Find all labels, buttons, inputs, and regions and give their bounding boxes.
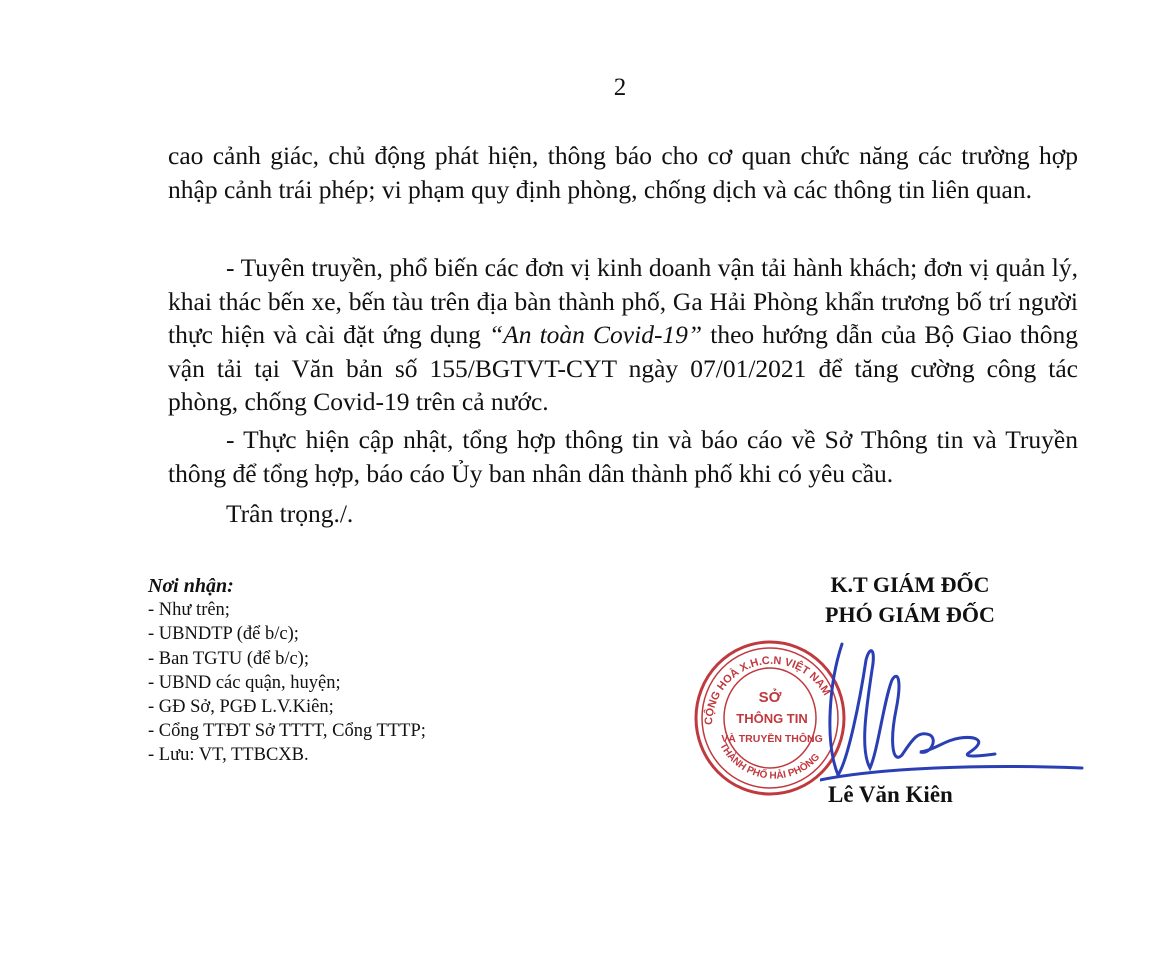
signatory-title: K.T GIÁM ĐỐC PHÓ GIÁM ĐỐC	[780, 570, 1040, 630]
signatory-line2: PHÓ GIÁM ĐỐC	[780, 600, 1040, 630]
recipient-item: - Ban TGTU (để b/c);	[148, 647, 426, 671]
recipient-item: - GĐ Sở, PGĐ L.V.Kiên;	[148, 695, 426, 719]
paragraph-propaganda: - Tuyên truyền, phổ biến các đơn vị kinh…	[168, 251, 1078, 419]
page-number: 2	[0, 74, 1168, 102]
app-name-italic: “An toàn Covid-19”	[489, 320, 702, 349]
recipient-item: - Như trên;	[148, 598, 426, 622]
recipient-item: - Lưu: VT, TTBCXB.	[148, 743, 426, 767]
handwritten-signature-icon	[820, 640, 1090, 790]
signer-name: Lê Văn Kiên	[828, 782, 953, 808]
signatory-line1: K.T GIÁM ĐỐC	[780, 570, 1040, 600]
svg-text:VÀ TRUYỀN THÔNG: VÀ TRUYỀN THÔNG	[721, 732, 823, 745]
closing-salutation: Trân trọng./.	[168, 497, 1078, 531]
svg-text:THÔNG TIN: THÔNG TIN	[736, 711, 808, 726]
paragraph-continuation: cao cảnh giác, chủ động phát hiện, thông…	[168, 139, 1078, 206]
recipients-block: Nơi nhận: - Như trên; - UBNDTP (để b/c);…	[148, 574, 426, 768]
recipient-item: - Cổng TTĐT Sở TTTT, Cổng TTTP;	[148, 719, 426, 743]
recipient-item: - UBNDTP (để b/c);	[148, 622, 426, 646]
svg-text:SỞ: SỞ	[759, 688, 782, 706]
recipients-title: Nơi nhận:	[148, 574, 426, 598]
paragraph-reporting: - Thực hiện cập nhật, tổng hợp thông tin…	[168, 423, 1078, 490]
recipient-item: - UBND các quận, huyện;	[148, 671, 426, 695]
